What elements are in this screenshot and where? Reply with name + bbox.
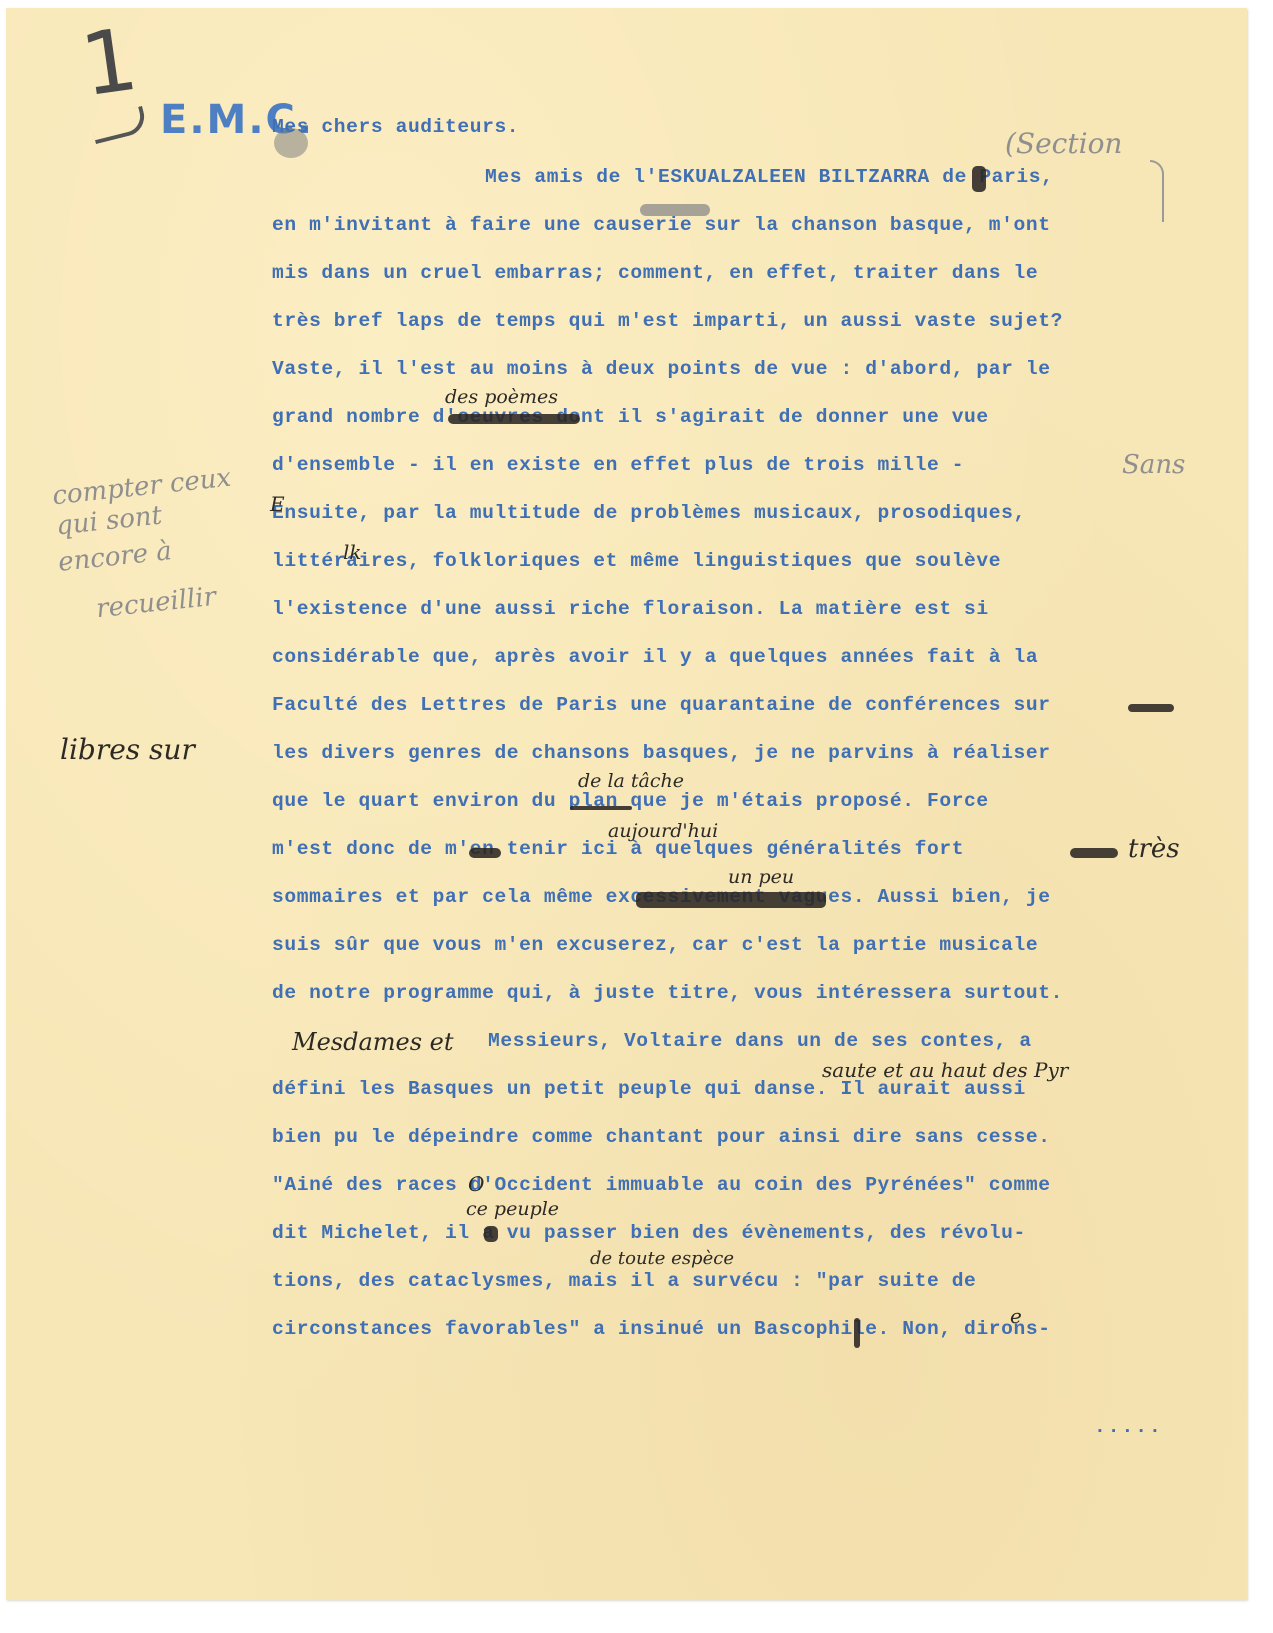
- typed-line-18: de notre programme qui, à juste titre, v…: [272, 984, 1063, 1004]
- typed-line-17: suis sûr que vous m'en excuserez, car c'…: [272, 936, 1038, 956]
- section-bracket: [1150, 160, 1164, 222]
- strike-excessivement: [636, 892, 826, 908]
- typed-line-4: très bref laps de temps qui m'est impart…: [272, 312, 1063, 332]
- typed-line-12: Faculté des Lettres de Paris une quarant…: [272, 696, 1051, 716]
- correction-ensuite: E: [270, 494, 285, 514]
- annotation-mesdames-et: Mesdames et: [292, 1030, 454, 1054]
- strike-biltzarra-end: [972, 166, 986, 192]
- strike-fort: [1070, 848, 1118, 858]
- typed-line-21: bien pu le dépeindre comme chantant pour…: [272, 1128, 1051, 1148]
- annotation-de-toute-espece: de toute espèce: [590, 1250, 734, 1268]
- strike-oeuvres: [448, 414, 580, 424]
- typed-line-20: défini les Basques un petit peuple qui d…: [272, 1080, 1026, 1100]
- annotation-des-poemes: des poèmes: [445, 388, 558, 407]
- typed-line-9: littéraires, folkloriques et même lingui…: [272, 552, 1001, 572]
- continuation-mark: .....: [1094, 1418, 1163, 1438]
- typed-line-2: en m'invitant à faire une causerie sur l…: [272, 216, 1051, 236]
- typed-line-13: les divers genres de chansons basques, j…: [272, 744, 1051, 764]
- annotation-sans: Sans: [1122, 452, 1185, 478]
- annotation-tres: très: [1128, 836, 1180, 862]
- annotation-de-la-tache: de la tâche: [578, 772, 684, 791]
- annotation-ce-peuple: ce peuple: [466, 1200, 559, 1219]
- typed-line-22: "Ainé des races d'Occident immuable au c…: [272, 1176, 1051, 1196]
- typed-line-15: m'est donc de m'en tenir ici à quelques …: [272, 840, 964, 860]
- annotation-section: (Section: [1005, 130, 1122, 158]
- strike-il: [484, 1226, 498, 1242]
- typed-line-8: Ensuite, par la multitude de problèmes m…: [272, 504, 1026, 524]
- strike-ici: [469, 848, 501, 858]
- typed-line-24: tions, des cataclysmes, mais il a survéc…: [272, 1272, 976, 1292]
- correction-occident: O: [468, 1174, 484, 1194]
- strike-sur: [1128, 704, 1174, 712]
- typed-line-25: circonstances favorables" a insinué un B…: [272, 1320, 1051, 1340]
- margin-note-libres-sur: libres sur: [60, 736, 195, 764]
- typed-line-5: Vaste, il l'est au moins à deux points d…: [272, 360, 1051, 380]
- typed-line-1: Mes amis de l'ESKUALZALEEN BILTZARRA de …: [485, 168, 1053, 188]
- typed-line-3: mis dans un cruel embarras; comment, en …: [272, 264, 1038, 284]
- salutation: Mes chers auditeurs.: [272, 118, 519, 138]
- typed-line-19: Messieurs, Voltaire dans un de ses conte…: [488, 1032, 1032, 1052]
- annotation-saute-et-au-haut: saute et au haut des Pyr: [822, 1060, 1068, 1080]
- correction-bascophile: e: [1010, 1306, 1022, 1326]
- typed-line-11: considérable que, après avoir il y a que…: [272, 648, 1038, 668]
- annotation-un-peu: un peu: [728, 868, 794, 887]
- correction-folk: lk: [343, 542, 362, 562]
- typed-line-7: d'ensemble - il en existe en effet plus …: [272, 456, 964, 476]
- page-number-mark: 1: [76, 17, 142, 110]
- typed-line-10: l'existence d'une aussi riche floraison.…: [272, 600, 989, 620]
- pencil-scribble-une: [640, 204, 710, 216]
- strike-plan: [570, 806, 632, 810]
- typed-line-6: grand nombre d'oeuvres dont il s'agirait…: [272, 408, 989, 428]
- annotation-aujourdhui: aujourd'hui: [608, 822, 718, 841]
- insert-mark-une: [854, 1318, 860, 1348]
- typed-line-23: dit Michelet, il a vu passer bien des év…: [272, 1224, 1026, 1244]
